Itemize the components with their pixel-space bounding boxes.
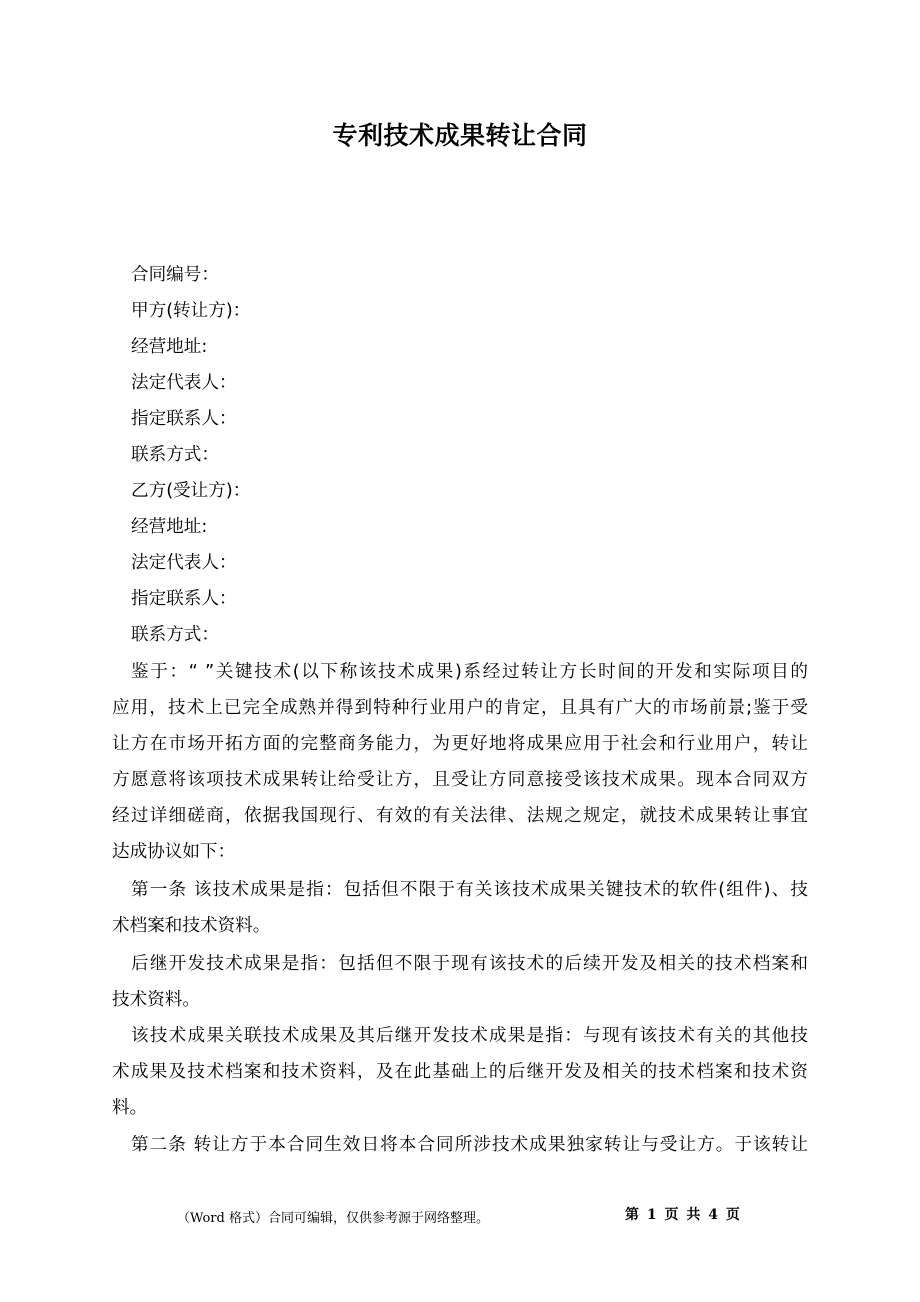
paragraph-line: 应用，技术上已完全成熟并得到特种行业用户的肯定，且具有广大的市场前景;鉴于受 [112,697,808,719]
field-party-a-address: 经营地址: [131,336,207,358]
footer-note: （Word 格式）合同可编辑，仅供参考源于网络整理。 [177,1207,489,1226]
field-party-b: 乙方(受让方)： [131,480,250,502]
paragraph-line: 让方在市场开拓方面的完整商务能力，为更好地将成果应用于社会和行业用户，转让 [112,733,808,755]
paragraph-line: 技术资料。 [112,989,200,1011]
paragraph-line: 后继开发技术成果是指：包括但不限于现有该技术的后续开发及相关的技术档案和 [131,953,808,975]
paragraph-line: 经过详细磋商，依据我国现行、有效的有关法律、法规之规定，就技术成果转让事宜 [112,805,808,827]
paragraph-line: 该技术成果关联技术成果及其后继开发技术成果是指：与现有该技术有关的其他技 [131,1025,808,1047]
document-title: 专利技术成果转让合同 [0,116,920,152]
paragraph-line: 术成果及技术档案和技术资料，及在此基础上的后继开发及相关的技术档案和技术资 [112,1061,808,1083]
paragraph-line: 方愿意将该项技术成果转让给受让方，且受让方同意接受该技术成果。现本合同双方 [112,769,808,791]
paragraph-line: 达成协议如下： [112,841,235,863]
field-party-b-legal-rep: 法定代表人： [131,552,237,574]
paragraph-line: 鉴于：“ ”关键技术(以下称该技术成果)系经过转让方长时间的开发和实际项目的 [131,661,808,683]
paragraph-line: 第一条 该技术成果是指：包括但不限于有关该技术成果关键技术的软件(组件)、技 [131,879,808,901]
paragraph-line: 术档案和技术资料。 [112,915,270,937]
field-party-a-contact-person: 指定联系人： [131,408,237,430]
paragraph-line: 料。 [112,1097,147,1119]
field-contract-number: 合同编号： [131,264,219,286]
page-indicator: 第 1 页 共 4 页 [625,1204,740,1224]
field-party-a: 甲方(转让方)： [131,300,250,322]
paragraph-line: 第二条 转让方于本合同生效日将本合同所涉技术成果独家转让与受让方。于该转让 [131,1134,808,1156]
field-party-a-legal-rep: 法定代表人： [131,372,237,394]
field-party-b-contact-person: 指定联系人： [131,588,237,610]
field-party-a-contact-info: 联系方式： [131,444,219,466]
field-party-b-contact-info: 联系方式： [131,624,219,646]
field-party-b-address: 经营地址: [131,516,207,538]
